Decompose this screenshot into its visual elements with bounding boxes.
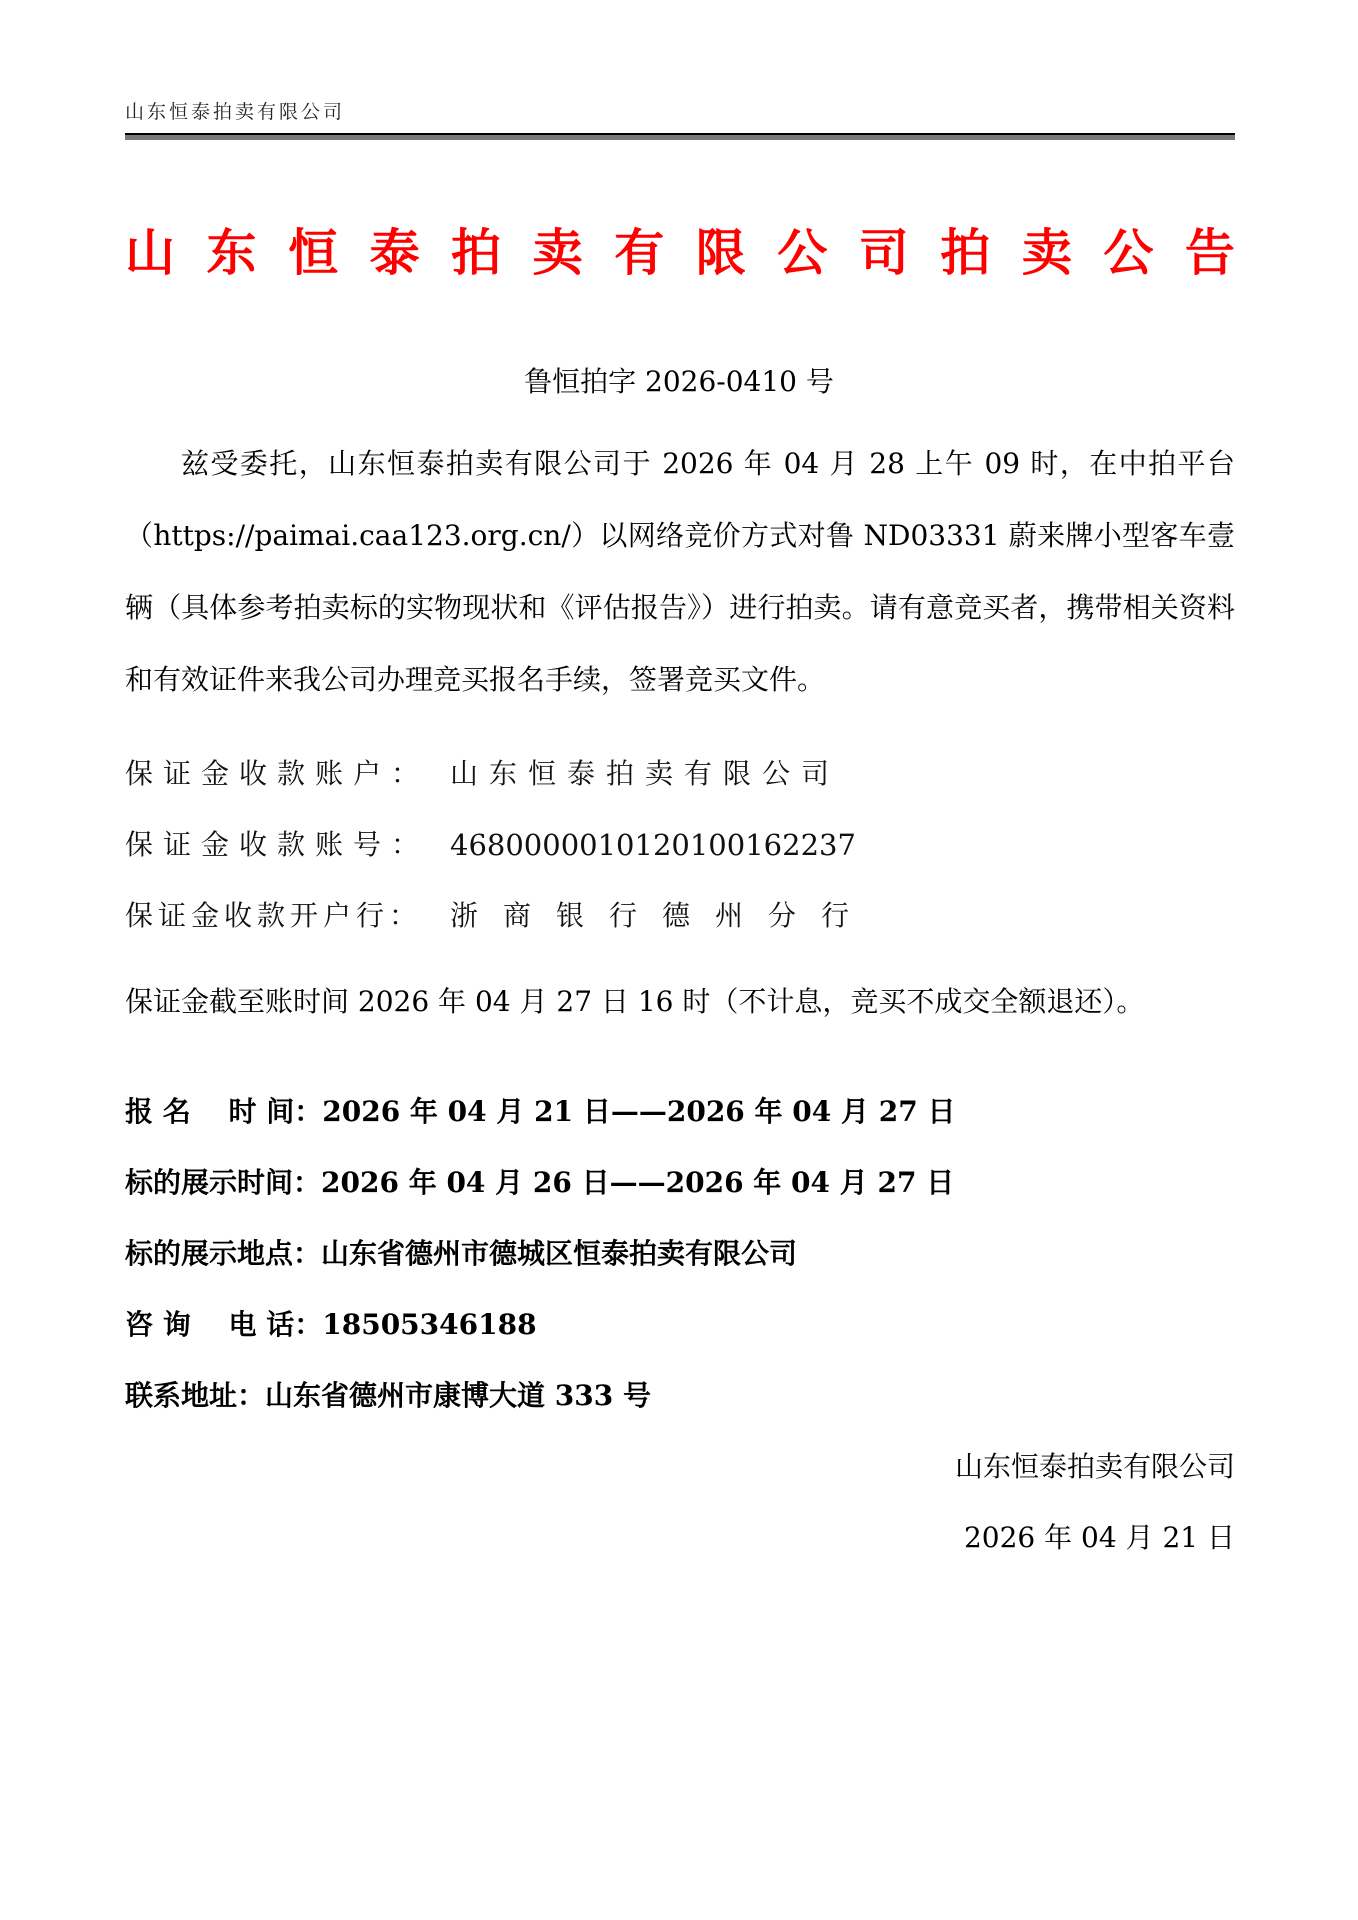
registration-time-value: 2026 年 04 月 21 日——2026 年 04 月 27 日 [322, 1095, 955, 1128]
deposit-bank: 浙商银行德州分行 [450, 896, 874, 936]
title-char: 卖 [1022, 218, 1072, 288]
title-char: 司 [859, 218, 909, 288]
announcement-paragraph: 兹受委托，山东恒泰拍卖有限公司于 2026 年 04 月 28 上午 09 时，… [125, 428, 1235, 716]
display-time-value: 2026 年 04 月 26 日——2026 年 04 月 27 日 [321, 1166, 954, 1199]
signature-company: 山东恒泰拍卖有限公司 [955, 1447, 1235, 1487]
title-char: 限 [696, 218, 746, 288]
title-char: 卖 [533, 218, 583, 288]
phone-value: 18505346188 [322, 1308, 536, 1341]
deposit-account-number-row: 保证金收款账号： 4680000010120100162237 [125, 825, 1235, 865]
display-place-value: 山东省德州市德城区恒泰拍卖有限公司 [321, 1237, 797, 1270]
title-char: 拍 [940, 218, 990, 288]
header-divider [125, 133, 1235, 140]
document-title: 山东恒泰拍卖有限公司拍卖公告 [125, 218, 1235, 288]
deposit-deadline: 保证金截至账时间 2026 年 04 月 27 日 16 时（不计息，竞买不成交… [125, 982, 1235, 1022]
deposit-account-number-label: 保证金收款账号： [125, 825, 450, 865]
phone-row: 咨 询 电 话：18505346188 [125, 1305, 537, 1345]
page-header: 山东恒泰拍卖有限公司 [125, 100, 1235, 124]
display-place-row: 标的展示地点：山东省德州市德城区恒泰拍卖有限公司 [125, 1234, 797, 1274]
display-time-label: 标的展示时间： [125, 1163, 321, 1203]
registration-time-label: 报 名 时 间： [125, 1092, 322, 1132]
deposit-account-number: 4680000010120100162237 [450, 825, 856, 865]
deposit-account-name-row: 保证金收款账户： 山东恒泰拍卖有限公司 [125, 754, 1235, 794]
display-time-row: 标的展示时间：2026 年 04 月 26 日——2026 年 04 月 27 … [125, 1163, 954, 1203]
address-row: 联系地址：山东省德州市康博大道 333 号 [125, 1376, 651, 1416]
title-char: 山 [125, 218, 175, 288]
title-char: 泰 [370, 218, 420, 288]
address-label: 联系地址： [125, 1376, 265, 1416]
title-char: 恒 [288, 218, 338, 288]
deposit-account-name: 山东恒泰拍卖有限公司 [450, 754, 840, 794]
document-number: 鲁恒拍字 2026-0410 号 [0, 362, 1358, 402]
title-char: 拍 [451, 218, 501, 288]
title-char: 公 [777, 218, 827, 288]
title-char: 公 [1103, 218, 1153, 288]
address-value: 山东省德州市康博大道 333 号 [265, 1379, 651, 1412]
display-place-label: 标的展示地点： [125, 1234, 321, 1274]
title-char: 有 [614, 218, 664, 288]
phone-label: 咨 询 电 话： [125, 1305, 322, 1345]
title-char: 告 [1185, 218, 1235, 288]
deposit-account-name-label: 保证金收款账户： [125, 754, 450, 794]
deposit-bank-label: 保证金收款开户行： [125, 896, 450, 936]
deposit-bank-row: 保证金收款开户行： 浙商银行德州分行 [125, 896, 1235, 936]
title-char: 东 [207, 218, 257, 288]
signature-date: 2026 年 04 月 21 日 [964, 1518, 1235, 1558]
header-company-name: 山东恒泰拍卖有限公司 [125, 100, 1235, 124]
registration-time-row: 报 名 时 间：2026 年 04 月 21 日——2026 年 04 月 27… [125, 1092, 955, 1132]
